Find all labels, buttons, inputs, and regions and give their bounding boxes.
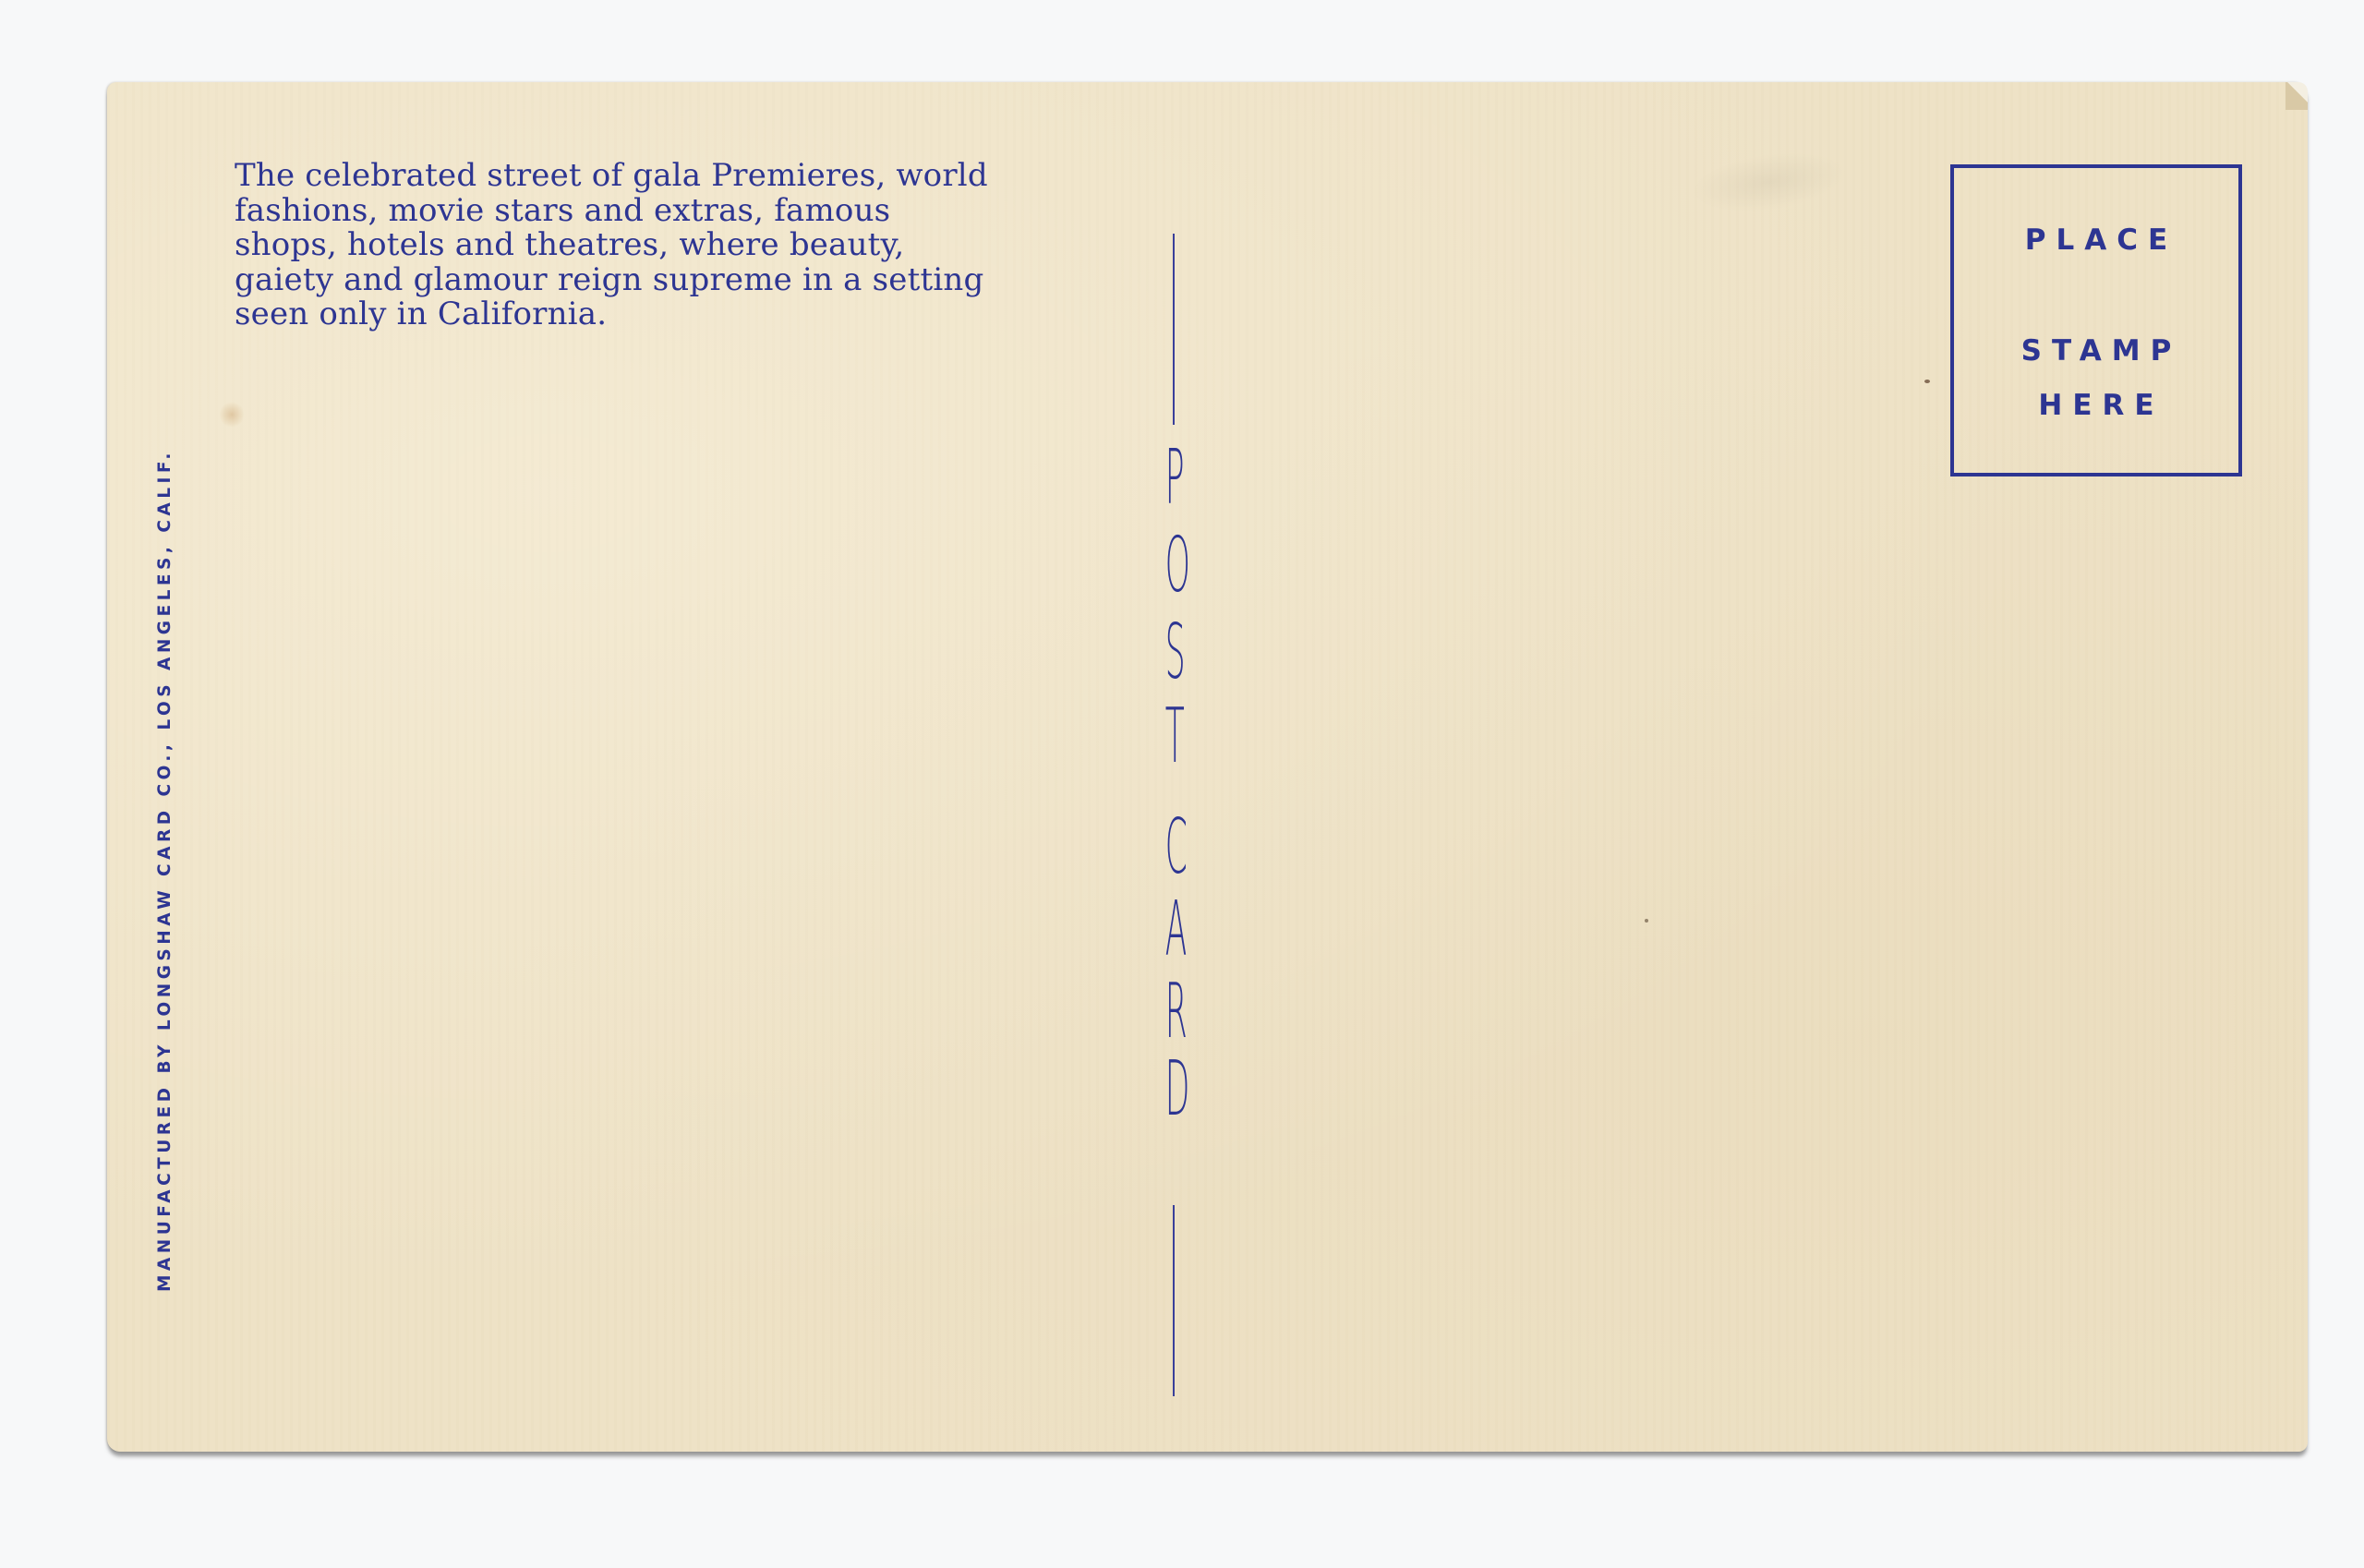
pencil-mark <box>1688 143 1851 220</box>
manufacturer-credit: MANUFACTURED BY LONGSHAW CARD CO., LOS A… <box>155 449 175 1292</box>
caption-line: shops, hotels and theatres, where beauty… <box>235 228 1095 263</box>
stamp-box: PLACE STAMP HERE <box>1950 164 2242 476</box>
caption-line: seen only in California. <box>235 297 1095 332</box>
stamp-label-stamp: STAMP <box>1954 334 2238 368</box>
post-card-letter: P <box>1165 440 1182 516</box>
post-card-letter: T <box>1165 699 1182 775</box>
stamp-label-place: PLACE <box>1954 223 2238 257</box>
postcard-back: The celebrated street of gala Premieres,… <box>107 82 2308 1452</box>
caption-line: gaiety and glamour reign supreme in a se… <box>235 263 1095 298</box>
post-card-letter: C <box>1165 810 1182 886</box>
post-card-letter: S <box>1165 615 1182 691</box>
divider-line-top <box>1173 234 1175 425</box>
caption-line: The celebrated street of gala Premieres,… <box>235 159 1095 194</box>
stamp-label-here: HERE <box>1954 389 2238 422</box>
post-card-letter: R <box>1165 974 1182 1050</box>
foxing-spot <box>1645 919 1648 923</box>
post-card-letter: D <box>1165 1052 1182 1128</box>
post-card-letter: O <box>1165 528 1182 604</box>
bent-corner <box>2286 82 2308 110</box>
caption-text: The celebrated street of gala Premieres,… <box>235 159 1095 332</box>
divider-line-bottom <box>1173 1205 1175 1396</box>
post-card-letter: A <box>1165 892 1182 968</box>
foxing-spot <box>1924 380 1930 383</box>
caption-line: fashions, movie stars and extras, famous <box>235 194 1095 229</box>
foxing-spot <box>220 401 244 428</box>
